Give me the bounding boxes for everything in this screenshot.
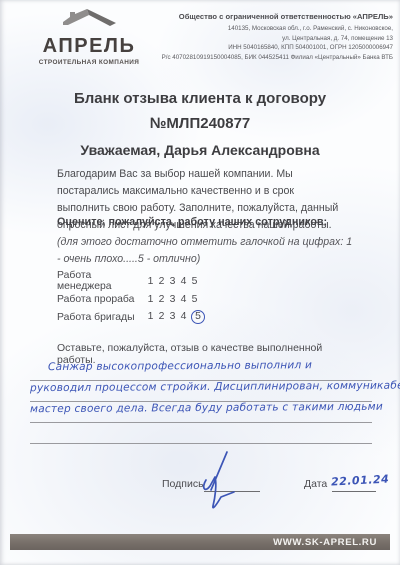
roof-icon [60,8,118,34]
company-bank-details: Р/с 40702810919150004085, БИК 044525411 … [131,53,393,63]
handwritten-text: мастер своего дела. Всегда буду работать… [30,401,372,415]
date-label: Дата [304,478,327,490]
scanned-feedback-form: АПРЕЛЬ СТРОИТЕЛЬНАЯ КОМПАНИЯ Общество с … [0,0,400,565]
form-title: Бланк отзыва клиента к договору [0,90,400,107]
rate-prompt: Оцените, пожалуйста, работу наших сотруд… [57,216,349,228]
rating-scale: 1 2 3 4 5 [147,294,198,305]
rating-row-foreman: Работа прораба 1 2 3 4 5 [57,290,347,308]
rating-number-selected: 5 [191,310,205,324]
rating-number: 1 [147,276,154,287]
handwritten-date: 22.01.24 [331,472,390,488]
rating-label: Работа бригады [57,312,147,323]
company-name: АПРЕЛЬ [34,36,144,56]
review-line-2: руководил процессом стройки. Дисциплинир… [30,381,372,402]
rating-label: Работа прораба [57,294,147,305]
review-line-3: мастер своего дела. Всегда буду работать… [30,402,372,423]
company-address-2: ул. Центральная, д. 74, помещение 13 [131,34,393,44]
company-address-1: 140135, Московская обл., г.о. Раменский,… [131,24,393,34]
company-logo: АПРЕЛЬ СТРОИТЕЛЬНАЯ КОМПАНИЯ [34,8,144,66]
footer-bar: WWW.SK-APREL.RU [10,534,390,550]
rating-number: 3 [169,294,176,305]
rating-number: 3 [169,276,176,287]
rating-number: 2 [158,276,165,287]
company-tagline: СТРОИТЕЛЬНАЯ КОМПАНИЯ [34,59,144,66]
ratings-section: Работа менеджера 1 2 3 4 5 Работа прораб… [57,272,347,326]
company-legal-name: Общество с ограниченной ответственностью… [131,12,393,21]
review-line-4 [30,423,372,444]
rating-number: 4 [180,294,187,305]
rating-number: 5 [191,276,198,287]
rating-scale: 1 2 3 4 5 [147,311,205,324]
rating-number: 1 [147,311,154,324]
rating-number: 5 [191,294,198,305]
rating-row-manager: Работа менеджера 1 2 3 4 5 [57,272,347,290]
company-details: Общество с ограниченной ответственностью… [131,12,393,62]
handwritten-text: Санжар высокопрофессионально выполнил и [30,359,372,373]
rating-number: 3 [169,311,176,324]
rating-scale: 1 2 3 4 5 [147,276,198,287]
contract-number: №МЛП240877 [0,115,400,132]
rating-number: 2 [158,311,165,324]
rating-number: 4 [180,311,187,324]
company-inn-kpp-ogrn: ИНН 5040165840, КПП 504001001, ОГРН 1205… [131,43,393,53]
date-line [332,491,376,492]
rate-note: (для этого достаточно отметить галочкой … [57,234,357,268]
client-greeting: Уважаемая, Дарья Александровна [0,142,400,158]
rating-number: 1 [147,294,154,305]
rating-number: 4 [180,276,187,287]
form-title-block: Бланк отзыва клиента к договору №МЛП2408… [0,90,400,158]
rating-row-crew: Работа бригады 1 2 3 4 5 [57,308,347,326]
review-line-1: Санжар высокопрофессионально выполнил и [30,360,372,381]
handwritten-signature [196,450,240,512]
rating-label: Работа менеджера [57,270,147,292]
rating-number: 2 [158,294,165,305]
website-url: WWW.SK-APREL.RU [273,537,390,548]
handwritten-text: руководил процессом стройки. Дисциплинир… [30,380,372,394]
